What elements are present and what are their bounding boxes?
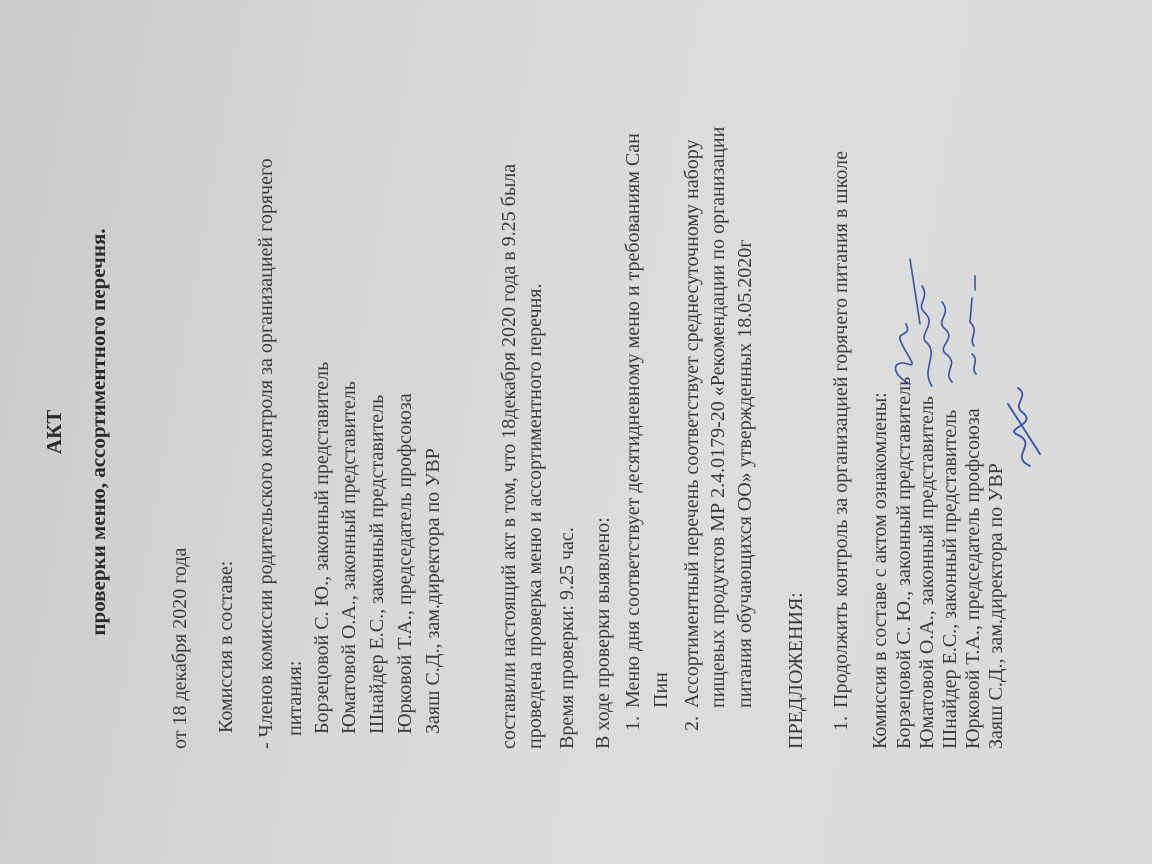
acknowledged-intro: Комиссия в составе с актом ознакомлены:	[870, 392, 890, 749]
member-item: Шнайдер Е.С., законный представитель	[367, 395, 387, 734]
signature-scribble-icon	[1000, 384, 1050, 474]
signature-scribble-icon	[880, 254, 1010, 394]
acknowledged-member: Юрковой Т.А., председатель профсоюза	[963, 408, 983, 749]
document-date: от 18 декабря 2020 года	[170, 548, 190, 749]
document-title: АКТ	[44, 0, 65, 864]
members-intro-line2: питания:	[285, 661, 305, 736]
finding-number: 2.	[682, 716, 702, 731]
member-item: Заяш С.Д., зам.директора по УВР	[423, 448, 443, 734]
proposal-number: 1.	[831, 716, 851, 731]
acknowledged-member: Юматовой О.А., законный представитель	[917, 396, 937, 749]
findings-intro: В ходе проверки выявлено:	[593, 517, 613, 749]
act-statement-line2: проведена проверка меню и ассортиментног…	[525, 284, 545, 749]
members-intro-line1: - Членов комиссии родительского контроля…	[256, 158, 276, 749]
finding-line: Пин	[651, 672, 671, 708]
finding-line: пищевых продуктов МР 2.4.0179-20 «Рекоме…	[708, 127, 728, 708]
act-statement-line1: составили настоящий акт в том, что 18дек…	[499, 164, 519, 749]
proposal-text: Продолжить контроль за организацией горя…	[831, 151, 851, 708]
commission-intro: Комиссия в составе:	[216, 561, 236, 733]
acknowledged-member: Шнайдер Е.С., законный представитель	[940, 410, 960, 749]
finding-line: Ассортиментный перечень соответствует ср…	[682, 139, 702, 708]
acknowledged-member: Борзецовой С. Ю., законный представитель	[894, 377, 914, 749]
member-item: Юматовой О.А., законный представитель	[339, 381, 359, 734]
document-page: АКТ проверки меню, ассортиментного переч…	[0, 0, 1152, 864]
member-item: Юрковой Т.А., председатель профсоюза	[395, 393, 415, 734]
finding-line: Меню дня соответствует десятидневному ме…	[623, 133, 643, 708]
proposals-heading: ПРЕДЛОЖЕНИЯ:	[786, 592, 806, 749]
check-time: Время проверки: 9.25 час.	[557, 527, 577, 749]
finding-line: питания обучающихся ОО» утвержденных 18.…	[735, 239, 755, 708]
finding-number: 1.	[623, 716, 643, 731]
document-subtitle: проверки меню, ассортиментного перечня.	[88, 0, 109, 864]
acknowledged-member: Заяш С.Д., зам.директора по УВР	[986, 463, 1006, 749]
member-item: Борзецовой С. Ю., законный представитель	[312, 362, 332, 734]
